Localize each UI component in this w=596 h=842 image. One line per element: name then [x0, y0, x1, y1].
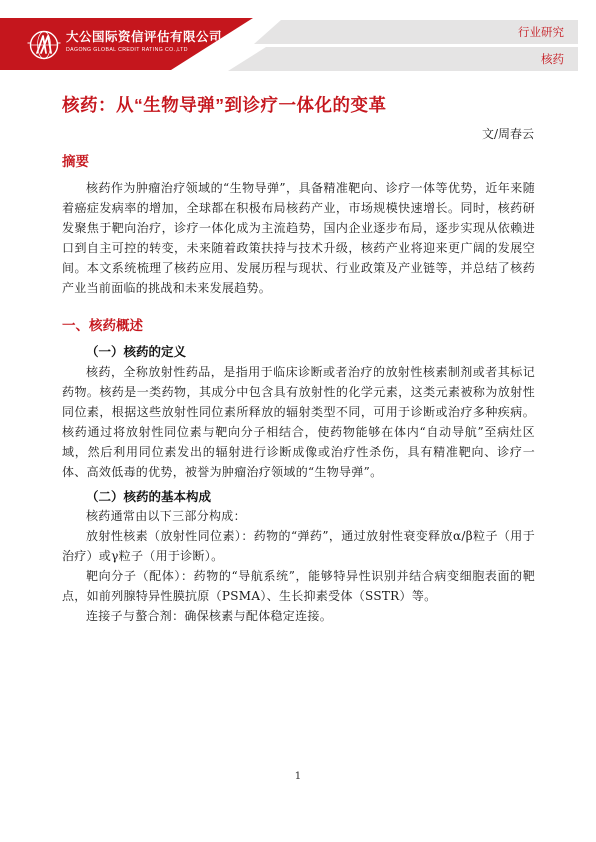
dagong-logo-icon: [27, 28, 61, 62]
author-byline: 文/周春云: [62, 125, 534, 142]
brand-banner: 大公国际资信评估有限公司 DAGONG GLOBAL CREDIT RATING…: [0, 18, 253, 70]
composition-item: 连接子与螯合剂：确保核素与配体稳定连接。: [62, 606, 535, 626]
report-page: 行业研究 核药 大公国际资信评估有限公司 DAGONG GLOBAL CREDI…: [0, 0, 596, 842]
subsection-1-heading: （一）核药的定义: [86, 342, 186, 360]
section-1-heading: 一、核药概述: [62, 314, 143, 334]
report-category-label: 行业研究: [518, 24, 564, 40]
definition-paragraph: 核药，全称放射性药品，是指用于临床诊断或者治疗的放射性核素制剂或者其标记药物。核…: [62, 362, 535, 482]
page-title: 核药：从“生物导弹”到诊疗一体化的变革: [62, 92, 534, 117]
composition-intro: 核药通常由以下三部分构成：: [62, 506, 535, 526]
company-name-cn: 大公国际资信评估有限公司: [66, 27, 226, 45]
composition-item: 靶向分子（配体）：药物的“导航系统”，能够特异性识别并结合病变细胞表面的靶点，如…: [62, 566, 535, 606]
subsection-2-heading: （二）核药的基本构成: [86, 487, 211, 505]
page-number: 1: [0, 770, 596, 782]
composition-item: 放射性核素（放射性同位素）：药物的“弹药”，通过放射性衰变释放α/β粒子（用于治…: [62, 526, 535, 566]
abstract-paragraph: 核药作为肿瘤治疗领域的“生物导弹”，具备精准靶向、诊疗一体等优势，近年来随着癌症…: [62, 178, 535, 298]
company-name-block: 大公国际资信评估有限公司 DAGONG GLOBAL CREDIT RATING…: [66, 27, 226, 53]
abstract-heading: 摘要: [62, 150, 89, 170]
report-topic-label: 核药: [541, 51, 564, 67]
company-name-en: DAGONG GLOBAL CREDIT RATING CO.,LTD: [66, 47, 226, 53]
